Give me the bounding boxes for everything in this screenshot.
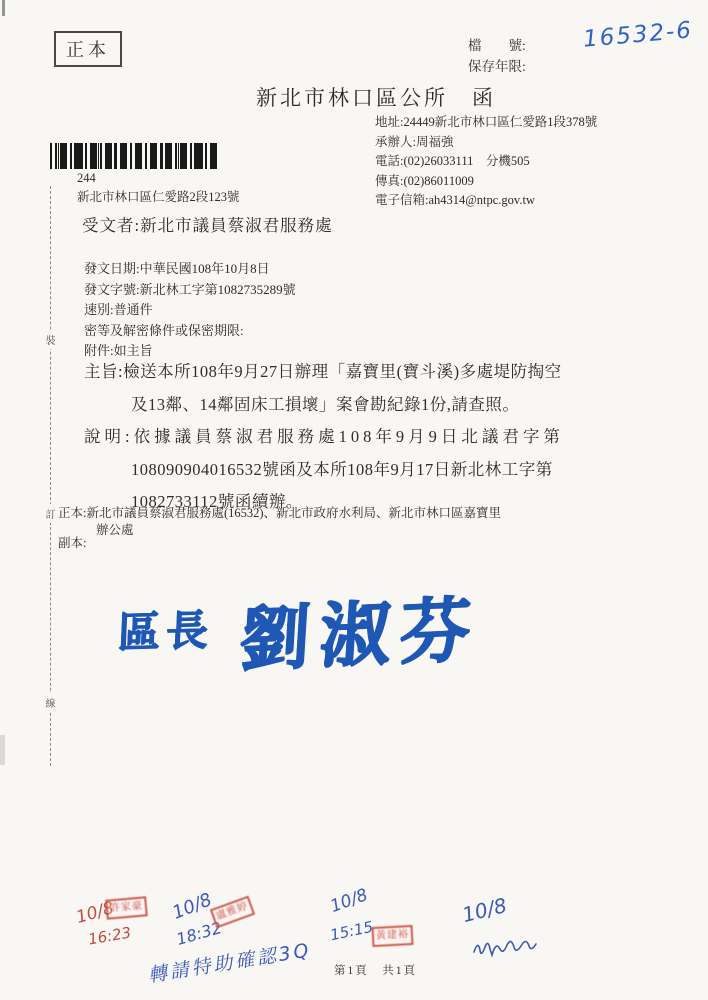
file-number-block: 檔 號: 保存年限: <box>468 35 526 77</box>
recipient-line: 受文者:新北市議員蔡淑君服務處 <box>82 212 333 236</box>
handwritten-date-right: 10/8 <box>460 893 509 927</box>
file-number-label: 檔 號: <box>468 35 526 56</box>
sender-address: 地址:24449新北市林口區仁愛路1段378號 <box>375 113 597 133</box>
handwritten-date-blue-2: 10/8 <box>328 885 371 917</box>
speed-class: 速別:普通件 <box>84 300 296 321</box>
chief-title: 區長 <box>117 597 216 660</box>
issue-date: 發文日期:中華民國108年10月8日 <box>84 259 296 280</box>
barcode <box>50 143 218 169</box>
retention-label: 保存年限: <box>468 56 526 77</box>
handwritten-file-number: 16532-6 <box>582 17 694 52</box>
contact-phone: 電話:(02)26033111 分機505 <box>375 152 597 172</box>
scribble-icon <box>470 934 540 960</box>
subject-line-1: 主旨:檢送本所108年9月27日辦理「嘉寶里(寶斗溪)多處堤防掏空 <box>84 358 562 382</box>
copy-type-stamp: 正本 <box>54 31 122 67</box>
page-footer: 第1頁 共1頁 <box>334 962 417 978</box>
contact-person: 承辦人:周福強 <box>375 133 597 153</box>
binding-margin-line <box>50 186 51 766</box>
contact-email: 電子信箱:ah4314@ntpc.gov.tw <box>375 191 597 211</box>
distribution-original: 正本:新北市議員蔡淑君服務處(16532)、新北市政府水利局、新北市林口區嘉寶里 <box>58 503 501 521</box>
security-class: 密等及解密條件或保密期限: <box>84 321 296 342</box>
name-stamp-2: 盧雅婷 <box>210 896 255 929</box>
handwritten-scribble <box>470 934 540 965</box>
chief-name: 劉淑芬 <box>237 573 483 685</box>
description-line-1: 說明:依據議員蔡淑君服務處108年9月9日北議君字第 <box>84 423 564 447</box>
description-line-2: 108090904016532號函及本所108年9月17日新北林工字第 <box>131 456 553 480</box>
document-page: 正本 檔 號: 保存年限: 16532-6 新北市林口區公所 函 地址:2444… <box>0 0 708 1000</box>
doc-number: 發文字號:新北林工字第1082735289號 <box>84 280 296 301</box>
binding-mark-ding: 訂 <box>43 504 58 523</box>
document-meta-block: 發文日期:中華民國108年10月8日 發文字號:新北林工字第1082735289… <box>84 259 296 362</box>
recipient-address: 新北市林口區仁愛路2段123號 <box>77 187 240 205</box>
binding-mark-zhuang: 裝 <box>43 330 58 349</box>
document-title: 新北市林口區公所 函 <box>256 82 496 112</box>
distribution-original-cont: 辦公處 <box>96 520 134 538</box>
distribution-copy: 副本: <box>58 533 86 551</box>
handwritten-time-red: 16:23 <box>87 923 133 948</box>
scan-artifact <box>0 735 5 765</box>
scan-artifact <box>2 0 5 16</box>
handwritten-date-blue-1: 10/8 <box>170 889 215 924</box>
name-stamp-1: 許家豪 <box>105 896 148 919</box>
subject-line-2: 及13鄰、14鄰固床工損壞」案會勘紀錄1份,請查照。 <box>131 391 519 415</box>
handwritten-note: 轉請特助確認3Q <box>146 935 313 987</box>
contact-fax: 傳真:(02)86011009 <box>375 172 597 192</box>
name-stamp-3: 黃建裕 <box>372 925 414 947</box>
binding-mark-xian: 線 <box>43 693 58 712</box>
sender-contact-block: 地址:24449新北市林口區仁愛路1段378號 承辦人:周福強 電話:(02)2… <box>375 113 597 211</box>
chief-signature-stamp: 區長 劉淑芬 <box>117 575 482 685</box>
handwritten-time-blue-2: 15:15 <box>329 918 375 945</box>
recipient-postal-code: 244 <box>77 171 96 186</box>
